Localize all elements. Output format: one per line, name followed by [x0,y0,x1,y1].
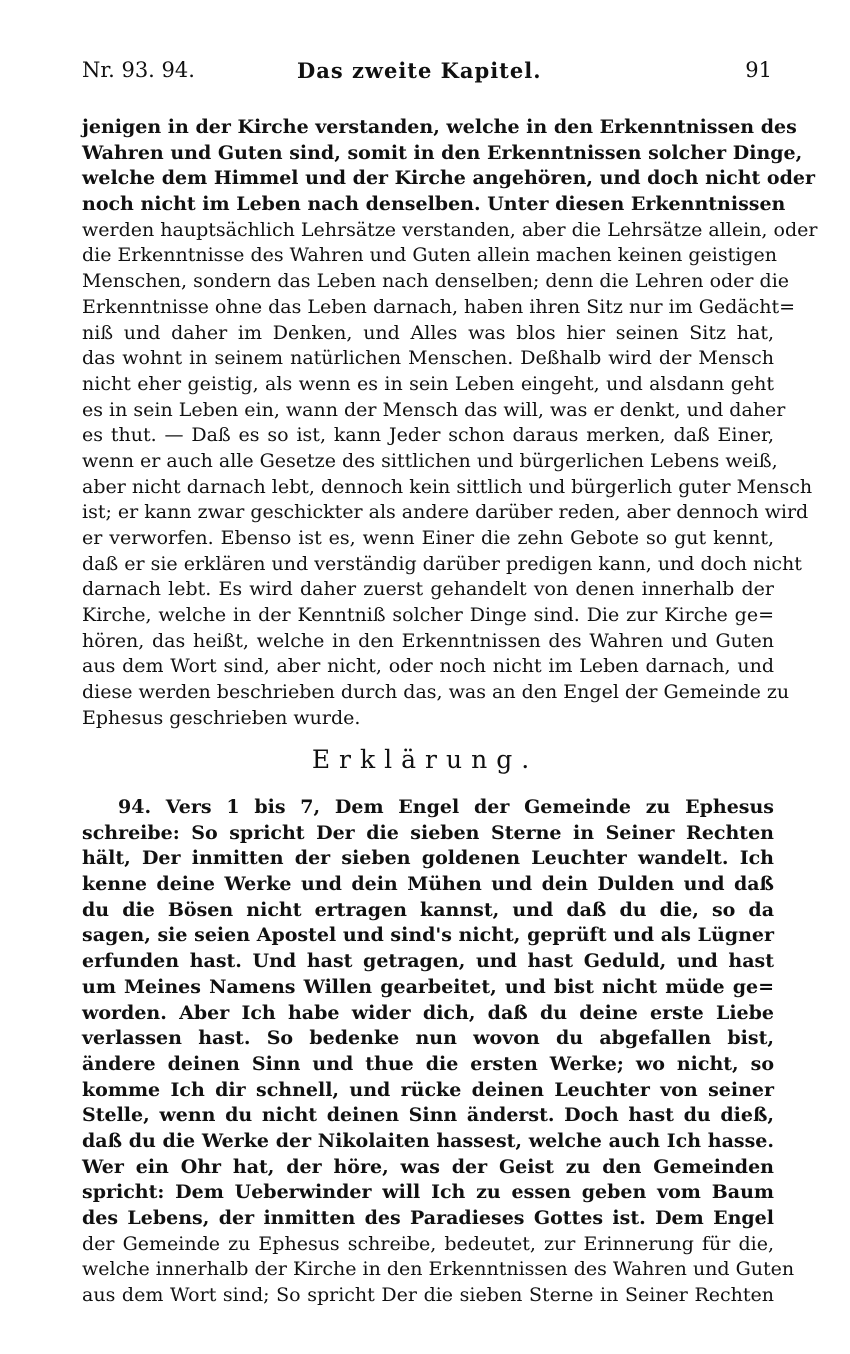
text-line: wenn er auch alle Gesetze des sittlichen… [82,449,774,475]
chapter-title: Das zweite Kapitel. [297,58,542,83]
section-heading: Erklärung. [0,745,850,774]
text-line: das wohnt in seinem natürlichen Menschen… [82,346,774,372]
page-number: 91 [745,58,772,82]
text-line: nicht eher geistig, als wenn es in sein … [82,372,774,398]
text-line: Wahren und Guten sind, somit in den Erke… [82,141,774,167]
text-line: welche innerhalb der Kirche in den Erken… [82,1257,774,1283]
text-line: noch nicht im Leben nach denselben. Unte… [82,192,774,218]
text-line: ändere deinen Sinn und thue die ersten W… [82,1052,774,1078]
text-line: die Erkenntnisse des Wahren und Guten al… [82,243,774,269]
text-line: daß du die Werke der Nikolaiten hassest,… [82,1129,774,1155]
text-line: sagen, sie seien Apostel und sind's nich… [82,923,774,949]
text-line: ist; er kann zwar geschickter als andere… [82,500,774,526]
text-line: hören, das heißt, welche in den Erkenntn… [82,629,774,655]
text-line: daß er sie erklären und verständig darüb… [82,552,774,578]
commentary-paragraph: 94. Vers 1 bis 7, Dem Engel der Gemeinde… [82,795,774,1309]
text-line: schreibe: So spricht Der die sieben Ster… [82,821,774,847]
book-page: Nr. 93. 94. Das zweite Kapitel. 91 jenig… [0,0,850,1354]
text-line: um Meines Namens Willen gearbeitet, und … [82,975,774,1001]
text-line: Ephesus geschrieben wurde. [82,706,774,732]
text-line: jenigen in der Kirche verstanden, welche… [82,115,774,141]
text-line: aber nicht darnach lebt, dennoch kein si… [82,475,774,501]
text-line: darnach lebt. Es wird daher zuerst gehan… [82,577,774,603]
text-line: worden. Aber Ich habe wider dich, daß du… [82,1001,774,1027]
text-line: es thut. — Daß es so ist, kann Jeder sch… [82,423,774,449]
text-line: es in sein Leben ein, wann der Mensch da… [82,398,774,424]
section-numbers: Nr. 93. 94. [82,58,195,82]
text-line: aus dem Wort sind; So spricht Der die si… [82,1283,774,1309]
text-line: Kirche, welche in der Kenntniß solcher D… [82,603,774,629]
text-line: der Gemeinde zu Ephesus schreibe, bedeut… [82,1232,774,1258]
text-line: Erkenntnisse ohne das Leben darnach, hab… [82,295,774,321]
text-line: Wer ein Ohr hat, der höre, was der Geist… [82,1155,774,1181]
paragraph-continuation: jenigen in der Kirche verstanden, welche… [82,115,774,732]
text-line: Stelle, wenn du nicht deinen Sinn änders… [82,1103,774,1129]
text-line: kenne deine Werke und dein Mühen und dei… [82,872,774,898]
text-line: werden hauptsächlich Lehrsätze verstande… [82,218,774,244]
text-line: du die Bösen nicht ertragen kannst, und … [82,898,774,924]
text-line: des Lebens, der inmitten des Paradieses … [82,1206,774,1232]
text-line: er verworfen. Ebenso ist es, wenn Einer … [82,526,774,552]
text-line: komme Ich dir schnell, und rücke deinen … [82,1078,774,1104]
text-line: erfunden hast. Und hast getragen, und ha… [82,949,774,975]
text-line: spricht: Dem Ueberwinder will Ich zu ess… [82,1180,774,1206]
text-line: diese werden beschrieben durch das, was … [82,680,774,706]
text-line: niß und daher im Denken, und Alles was b… [82,321,774,347]
text-line: aus dem Wort sind, aber nicht, oder noch… [82,654,774,680]
running-head: Nr. 93. 94. Das zweite Kapitel. 91 [82,58,772,94]
text-line: welche dem Himmel und der Kirche angehör… [82,166,774,192]
text-line: verlassen hast. So bedenke nun wovon du … [82,1026,774,1052]
text-line: hält, Der inmitten der sieben goldenen L… [82,846,774,872]
text-line: Menschen, sondern das Leben nach denselb… [82,269,774,295]
text-line: 94. Vers 1 bis 7, Dem Engel der Gemeinde… [82,795,774,821]
